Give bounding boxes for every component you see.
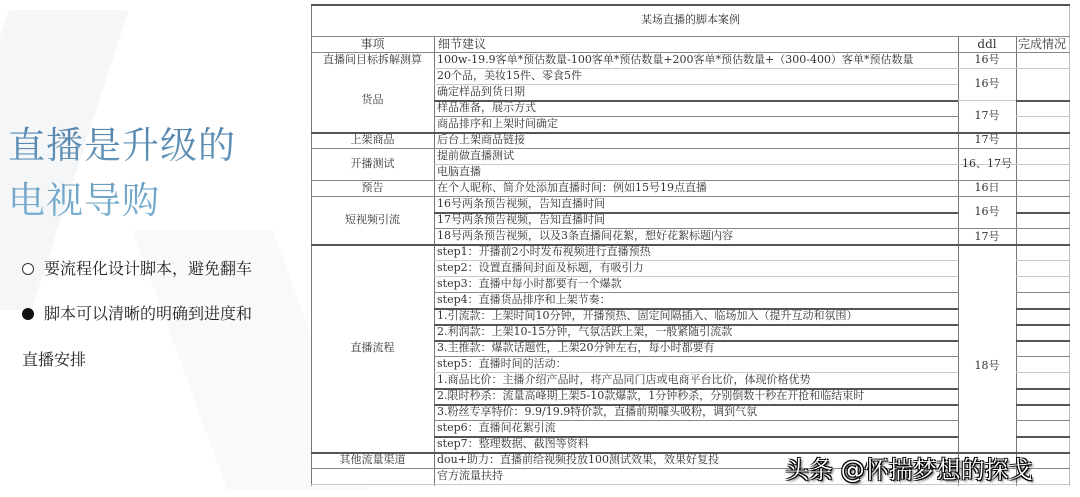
headline-line-1: 直播是升级的	[8, 118, 236, 173]
detail-cell: 18号两条预告视频，以及3条直播间花絮，想好花絮标题内容	[437, 228, 957, 244]
ddl-cell: 16、17号	[958, 156, 1016, 172]
detail-cell: 确定样品到货日期	[437, 84, 957, 100]
row-divider	[1016, 436, 1070, 438]
detail-cell: 商品排序和上架时间确定	[437, 116, 957, 132]
ddl-cell: 16号	[958, 204, 1016, 220]
row-divider	[1016, 404, 1070, 406]
bullet-text: 要流程化设计脚本，避免翻车	[44, 259, 252, 278]
detail-cell: 在个人昵称、简介处添加直播时间：例如15号19点直播	[437, 180, 957, 196]
item-cell: 货品	[311, 92, 434, 108]
detail-cell: 3.主推款：爆款话题性，上架20分钟左右，每小时都要有	[437, 340, 957, 356]
detail-cell: 1.商品比价：主播介绍产品时，将产品同门店或电商平台比价，体现价格优势	[437, 372, 957, 388]
column-divider	[1016, 36, 1017, 486]
detail-cell: 2.限时秒杀：流量高峰期上架5-10款爆款，1分钟秒杀，分别倒数十秒在开抢和临结…	[437, 388, 957, 404]
row-divider	[1016, 260, 1070, 261]
row-divider	[311, 4, 1070, 6]
detail-cell: 电脑直播	[437, 164, 957, 180]
detail-cell: 16号两条预告视频，告知直播时间	[437, 196, 957, 212]
ddl-cell: 17号	[958, 132, 1016, 148]
item-cell: 短视频引流	[311, 212, 434, 228]
row-divider	[1016, 340, 1070, 342]
row-divider	[1016, 116, 1070, 117]
headline-line-2: 电视导购	[8, 173, 236, 228]
detail-cell: 3.粉丝专享特价：9.9/19.9特价款，直播前期噱头吸粉，调到气氛	[437, 404, 957, 420]
table-title: 某场直播的脚本案例	[311, 12, 1070, 28]
row-divider	[958, 100, 1016, 101]
row-divider	[1016, 356, 1070, 357]
bullet-continuation: 直播安排	[22, 347, 86, 370]
row-divider	[1016, 212, 1070, 214]
script-table: 某场直播的脚本案例 事项 细节建议 ddl 完成情况 直播间目标拆解测算 100…	[311, 4, 1070, 486]
detail-cell: 17号两条预告视频，告知直播时间	[437, 212, 957, 228]
column-divider	[434, 36, 435, 486]
ddl-cell: 18号	[958, 358, 1016, 374]
slide-headline: 直播是升级的 电视导购	[8, 118, 236, 228]
detail-cell: step2：设置直播间封面及标题，有吸引力	[437, 260, 957, 276]
detail-cell: 2.利润款：上架10-15分钟，气氛活跃上架，一般紧随引流款	[437, 324, 957, 340]
row-divider	[1016, 372, 1070, 373]
item-cell: 其他流量渠道	[311, 452, 434, 468]
filled-circle-icon	[22, 308, 34, 320]
item-cell: 开播测试	[311, 156, 434, 172]
ddl-cell: 16日	[958, 180, 1016, 196]
row-divider	[1016, 100, 1070, 102]
bullet-text: 直播安排	[22, 350, 86, 369]
ddl-cell: 17号	[958, 229, 1016, 245]
bullet-item: 脚本可以清晰的明确到进度和	[22, 301, 252, 324]
row-divider	[1016, 276, 1070, 277]
hollow-circle-icon	[22, 263, 34, 275]
header-detail: 细节建议	[438, 36, 938, 52]
ddl-cell: 16号	[958, 52, 1016, 68]
bullet-text: 脚本可以清晰的明确到进度和	[44, 304, 252, 323]
detail-cell: step3：直播中每小时都要有一个爆款	[437, 276, 957, 292]
detail-cell: step6：直播间花絮引流	[437, 420, 957, 436]
detail-cell: step5：直播时间的活动：	[437, 356, 957, 372]
detail-cell: 后台上架商品链接	[437, 132, 957, 148]
row-divider	[1016, 292, 1070, 293]
bullet-item: 要流程化设计脚本，避免翻车	[22, 256, 252, 279]
row-divider	[1016, 388, 1070, 390]
item-cell: 直播流程	[311, 340, 434, 356]
watermark: 头条 @怀揣梦想的探戈	[785, 450, 1033, 485]
detail-cell: step1：开播前2小时发布视频进行直播预热	[437, 244, 957, 260]
item-cell: 直播间目标拆解测算	[311, 52, 434, 68]
ddl-cell: 16号	[958, 76, 1016, 92]
detail-cell: 100w-19.9客单*预估数量-100客单*预估数量+200客单*预估数量+（…	[437, 52, 957, 68]
row-divider	[1016, 420, 1070, 421]
ddl-cell: 17号	[958, 108, 1016, 124]
detail-cell: step4：直播货品排序和上架节奏：	[437, 292, 957, 308]
header-ddl: ddl	[958, 36, 1016, 52]
detail-cell: 1.引流款：上架时间10分钟，开播预热、固定间隔插入、临场加入（提升互动和氛围）	[437, 308, 957, 324]
row-divider	[1016, 324, 1070, 326]
header-item: 事项	[311, 36, 434, 52]
row-divider	[1016, 308, 1070, 310]
detail-cell: 提前做直播测试	[437, 148, 957, 164]
detail-cell: 样品准备，展示方式	[437, 100, 957, 116]
item-cell: 上架商品	[311, 132, 434, 148]
detail-cell: 20个品，美妆15件、零食5件	[437, 68, 957, 84]
item-cell: 预告	[311, 180, 434, 196]
column-divider	[958, 36, 959, 486]
header-status: 完成情况	[1018, 36, 1070, 52]
